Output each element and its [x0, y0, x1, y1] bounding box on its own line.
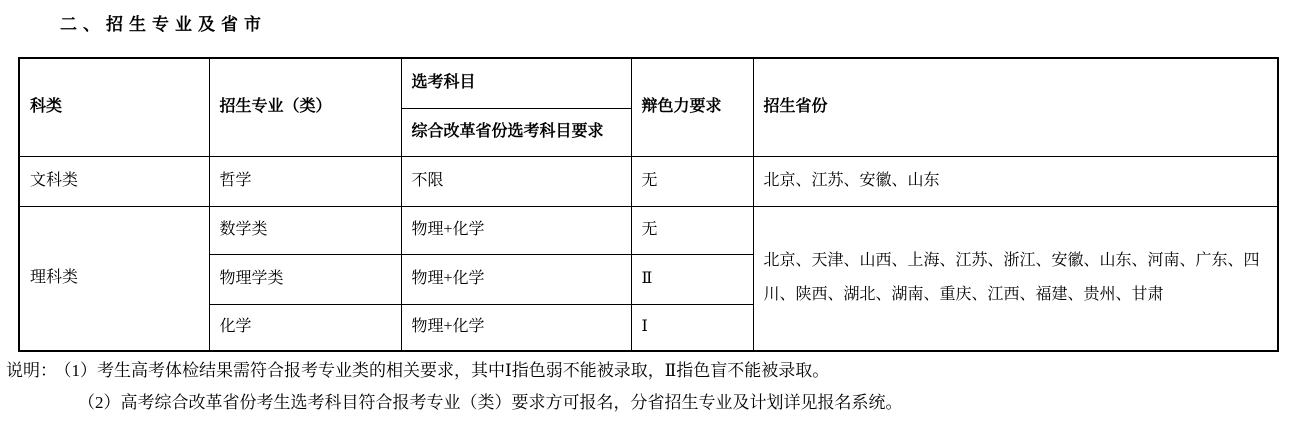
- cell-major-philosophy: 哲学: [209, 156, 401, 206]
- note-item-1: （1）考生高考体检结果需符合报考专业类的相关要求，其中Ⅰ指色弱不能被录取，Ⅱ指色…: [63, 361, 829, 380]
- cell-subjects-philosophy: 不限: [401, 156, 631, 206]
- cell-color-vision-chemistry: Ⅰ: [631, 304, 753, 351]
- header-major: 招生专业（类）: [209, 58, 401, 156]
- cell-subjects-chemistry: 物理+化学: [401, 304, 631, 351]
- notes-section: 说明：（1）考生高考体检结果需符合报考专业类的相关要求，其中Ⅰ指色弱不能被录取，…: [6, 355, 1286, 419]
- note-line-1: 说明：（1）考生高考体检结果需符合报考专业类的相关要求，其中Ⅰ指色弱不能被录取，…: [6, 355, 1286, 387]
- cell-provinces-science: 北京、天津、山西、上海、江苏、浙江、安徽、山东、河南、广东、四川、陕西、湖北、湖…: [753, 206, 1278, 351]
- table-header-row-1: 科类 招生专业（类） 选考科目 辩色力要求 招生省份: [19, 58, 1278, 108]
- cell-color-vision-physics: Ⅱ: [631, 254, 753, 304]
- notes-label: 说明：: [6, 361, 63, 380]
- header-subjects-requirement: 综合改革省份选考科目要求: [401, 108, 631, 156]
- header-subjects-group: 选考科目: [401, 58, 631, 108]
- cell-subjects-physics: 物理+化学: [401, 254, 631, 304]
- section-title: 二、招生专业及省市: [60, 10, 267, 35]
- cell-provinces-liberal-arts: 北京、江苏、安徽、山东: [753, 156, 1278, 206]
- cell-color-vision-philosophy: 无: [631, 156, 753, 206]
- cell-category-liberal-arts: 文科类: [19, 156, 209, 206]
- header-category: 科类: [19, 58, 209, 156]
- cell-subjects-mathematics: 物理+化学: [401, 206, 631, 254]
- admission-table: 科类 招生专业（类） 选考科目 辩色力要求 招生省份 综合改革省份选考科目要求 …: [18, 57, 1279, 352]
- note-item-2: （2）高考综合改革省份考生选考科目符合报考专业（类）要求方可报名，分省招生专业及…: [78, 387, 1286, 419]
- cell-major-chemistry: 化学: [209, 304, 401, 351]
- header-provinces: 招生省份: [753, 58, 1278, 156]
- cell-color-vision-mathematics: 无: [631, 206, 753, 254]
- cell-major-physics: 物理学类: [209, 254, 401, 304]
- table-row-philosophy: 文科类 哲学 不限 无 北京、江苏、安徽、山东: [19, 156, 1278, 206]
- table-row-mathematics: 理科类 数学类 物理+化学 无 北京、天津、山西、上海、江苏、浙江、安徽、山东、…: [19, 206, 1278, 254]
- cell-major-mathematics: 数学类: [209, 206, 401, 254]
- header-color-vision: 辩色力要求: [631, 58, 753, 156]
- cell-category-science: 理科类: [19, 206, 209, 351]
